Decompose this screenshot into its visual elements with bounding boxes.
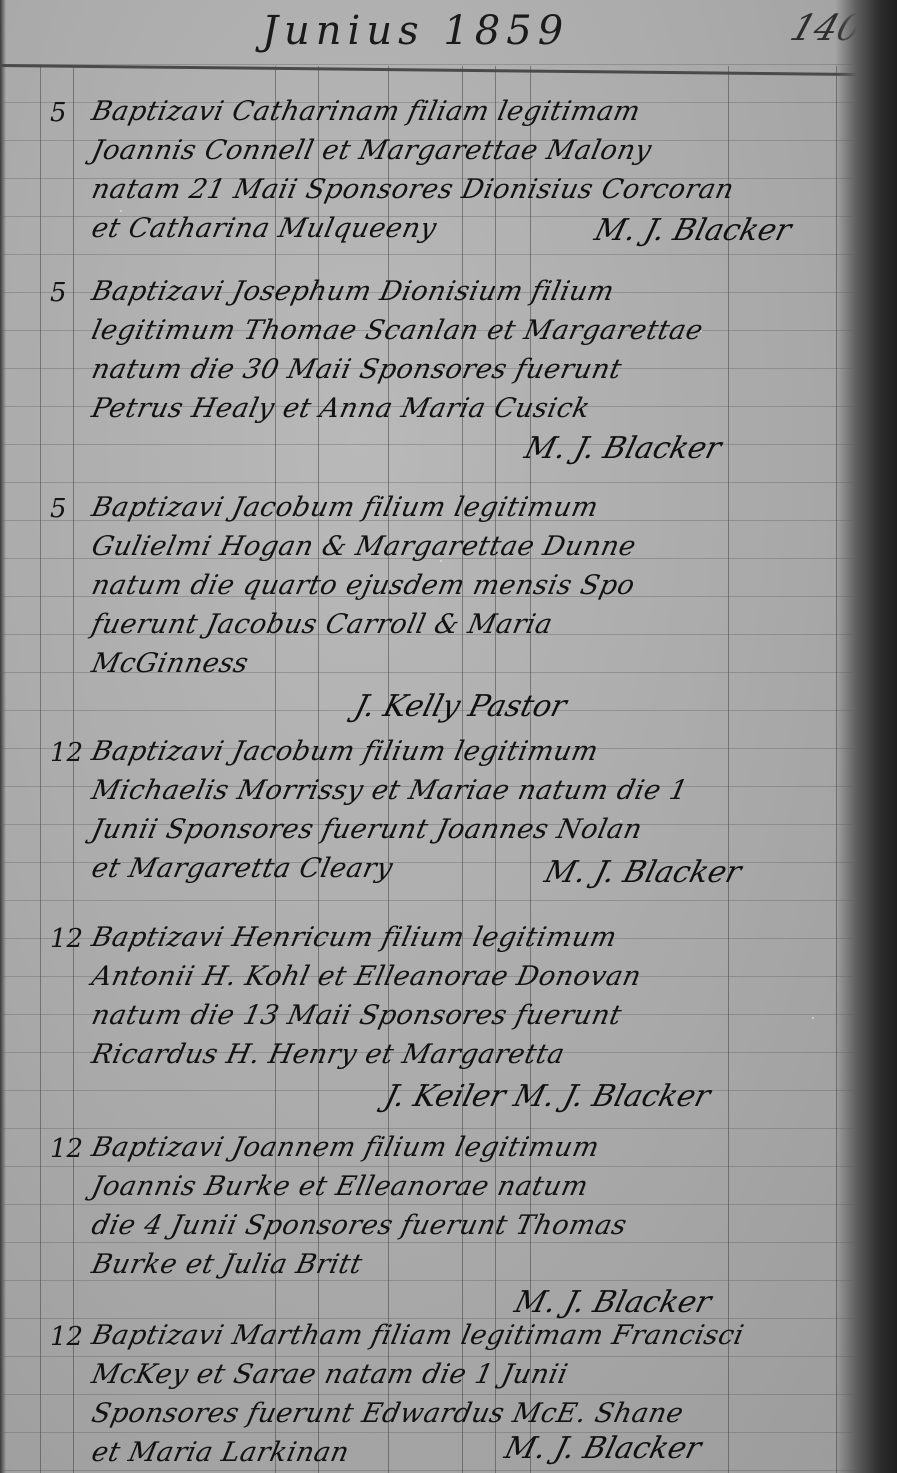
- priest-signature: J. Keiler M. J. Blacker: [380, 1076, 715, 1118]
- entry-line: Baptizavi Martham filiam legitimam Franc…: [88, 1316, 868, 1355]
- priest-signature: M. J. Blacker: [590, 210, 796, 252]
- column-rule: [40, 66, 41, 1473]
- scan-speck: [700, 330, 702, 332]
- entry-day: 5: [50, 278, 67, 308]
- entry-line: Baptizavi Joannem filium legitimum: [88, 1128, 868, 1167]
- entry-line: Baptizavi Jacobum filium legitimum: [88, 732, 868, 771]
- entry-day: 12: [50, 738, 83, 768]
- entry-line: Baptizavi Catharinam filiam legitimam: [88, 92, 868, 131]
- entry-line: die 4 Junii Sponsores fuerunt Thomas: [88, 1206, 868, 1245]
- entry-line: Petrus Healy et Anna Maria Cusick: [88, 389, 868, 428]
- entry-line: Sponsores fuerunt Edwardus McE. Shane: [88, 1394, 868, 1433]
- entry-line: McGinness: [88, 644, 868, 683]
- entry-line: Baptizavi Jacobum filium legitimum: [88, 488, 868, 527]
- entry-line: et Maria Larkinan: [88, 1433, 868, 1472]
- entry-line: Ricardus H. Henry et Margaretta: [88, 1035, 868, 1074]
- entry-line: Michaelis Morrissy et Mariae natum die 1: [88, 771, 868, 810]
- entry-line: McKey et Sarae natam die 1 Junii: [88, 1355, 868, 1394]
- entry-line: Gulielmi Hogan & Margarettae Dunne: [88, 527, 868, 566]
- scan-speck: [230, 1250, 232, 1252]
- priest-signature: M. J. Blacker: [540, 852, 746, 894]
- scan-speck: [812, 1017, 814, 1019]
- entry-line: natum die 30 Maii Sponsores fuerunt: [88, 350, 868, 389]
- scan-speck: [120, 210, 122, 212]
- entry-day: 12: [50, 924, 83, 954]
- priest-signature: M. J. Blacker: [520, 428, 726, 470]
- priest-signature: M. J. Blacker: [500, 1428, 706, 1470]
- entry-line: Burke et Julia Britt: [88, 1245, 868, 1284]
- entry-line: legitimum Thomae Scanlan et Margarettae: [88, 311, 868, 350]
- entry-day: 12: [50, 1134, 83, 1164]
- entry-line: Baptizavi Josephum Dionisium filium: [88, 272, 868, 311]
- binding-gutter-shadow: [835, 0, 897, 1473]
- entry-line: fuerunt Jacobus Carroll & Maria: [88, 605, 868, 644]
- month-year-heading: Junius 1859: [262, 8, 569, 54]
- entry-line: natam 21 Maii Sponsores Dionisius Corcor…: [88, 170, 868, 209]
- entry-line: natum die quarto ejusdem mensis Spo: [88, 566, 868, 605]
- scan-speck: [440, 560, 442, 562]
- entry-day: 12: [50, 1322, 83, 1352]
- entry-day: 5: [50, 494, 67, 524]
- entry-line: Baptizavi Henricum filium legitimum: [88, 918, 868, 957]
- entry-line: natum die 13 Maii Sponsores fuerunt: [88, 996, 868, 1035]
- entry-line: et Margaretta Cleary: [88, 849, 868, 888]
- entry-line: Junii Sponsores fuerunt Joannes Nolan: [88, 810, 868, 849]
- register-page: Junius 1859 140 5 Baptizavi Catharinam f…: [0, 0, 897, 1473]
- scan-speck: [620, 820, 622, 822]
- column-rule: [73, 66, 74, 1473]
- entry-day: 5: [50, 98, 67, 128]
- entry-line: Joannis Connell et Margarettae Malony: [88, 131, 868, 170]
- pastor-signature: J. Kelly Pastor: [350, 686, 571, 728]
- entry-line: Antonii H. Kohl et Elleanorae Donovan: [88, 957, 868, 996]
- entry-line: Joannis Burke et Elleanorae natum: [88, 1167, 868, 1206]
